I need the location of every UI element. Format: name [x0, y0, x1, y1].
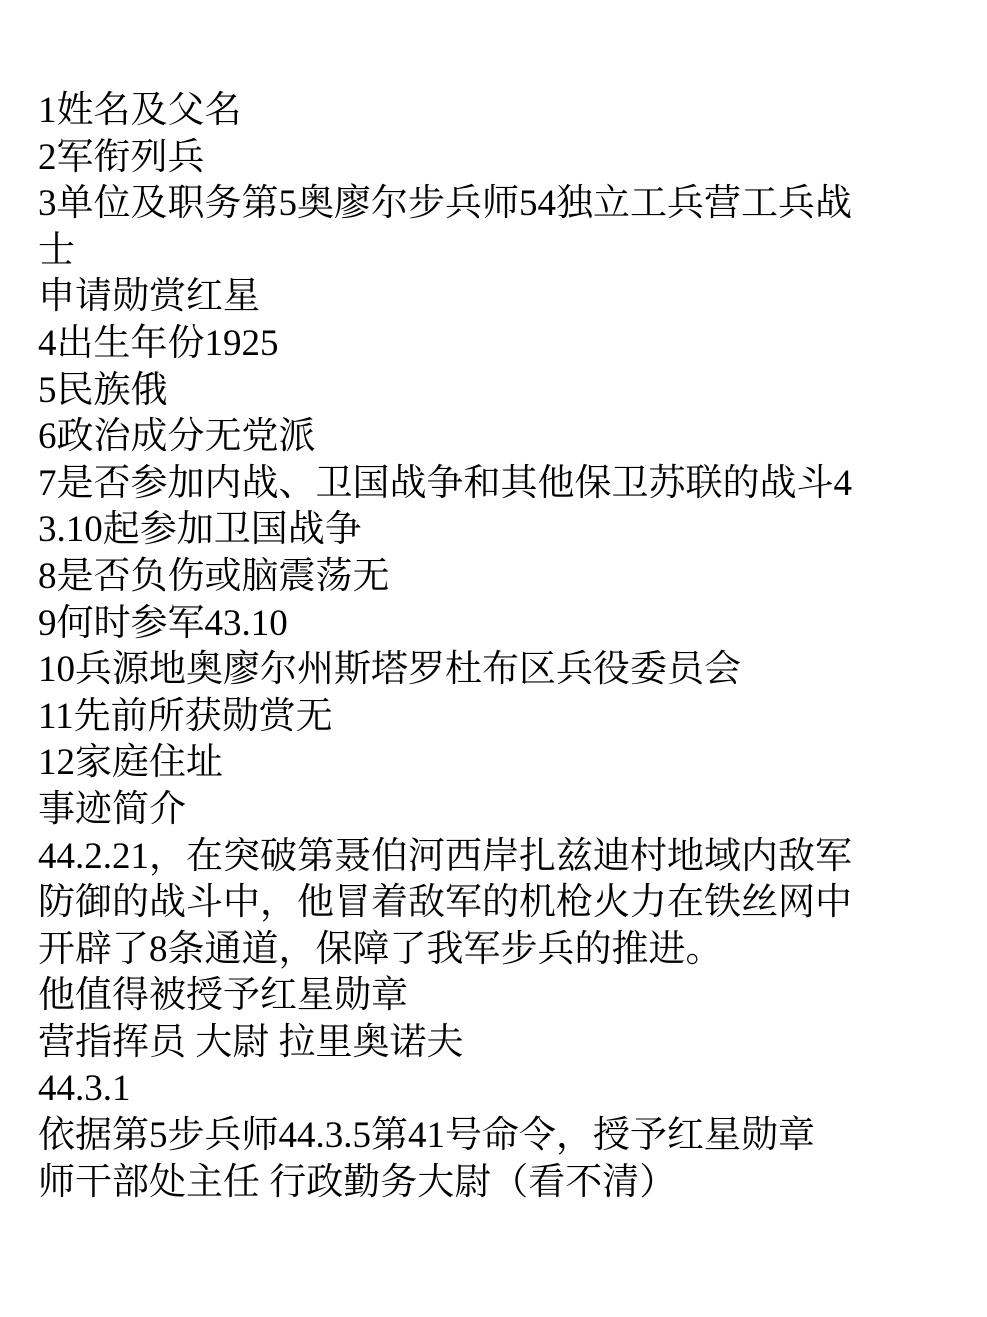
field-unit-position: 3单位及职务第5奥廖尔步兵师54独立工兵营工兵战士	[38, 181, 860, 274]
signed-date: 44.3.1	[38, 1066, 860, 1113]
field-nationality: 5民族俄	[38, 368, 860, 415]
field-previous-awards: 11先前所获勋赏无	[38, 694, 860, 741]
summary-heading: 事迹简介	[38, 787, 860, 834]
recommendation: 他值得被授予红星勋章	[38, 973, 860, 1020]
award-order: 依据第5步兵师44.3.5第41号命令，授予红星勋章	[38, 1113, 860, 1160]
field-enlisted: 9何时参军43.10	[38, 601, 860, 648]
field-birth-year: 4出生年份1925	[38, 321, 860, 368]
field-award-requested: 申请勋赏红星	[38, 274, 860, 321]
field-name: 1姓名及父名	[38, 88, 860, 135]
field-wounds: 8是否负伤或脑震荡无	[38, 554, 860, 601]
field-draft-office: 10兵源地奥廖尔州斯塔罗杜布区兵役委员会	[38, 647, 860, 694]
approver: 师干部处主任 行政勤务大尉（看不清）	[38, 1160, 860, 1207]
award-document: 1姓名及父名 2军衔列兵 3单位及职务第5奥廖尔步兵师54独立工兵营工兵战士 申…	[38, 88, 860, 1206]
field-party: 6政治成分无党派	[38, 414, 860, 461]
field-war-participation: 7是否参加内战、卫国战争和其他保卫苏联的战斗43.10起参加卫国战争	[38, 461, 860, 554]
signer: 营指挥员 大尉 拉里奥诺夫	[38, 1020, 860, 1067]
field-home-address: 12家庭住址	[38, 740, 860, 787]
field-rank: 2军衔列兵	[38, 135, 860, 182]
summary-text: 44.2.21，在突破第聂伯河西岸扎兹迪村地域内敌军防御的战斗中，他冒着敌军的机…	[38, 834, 860, 974]
